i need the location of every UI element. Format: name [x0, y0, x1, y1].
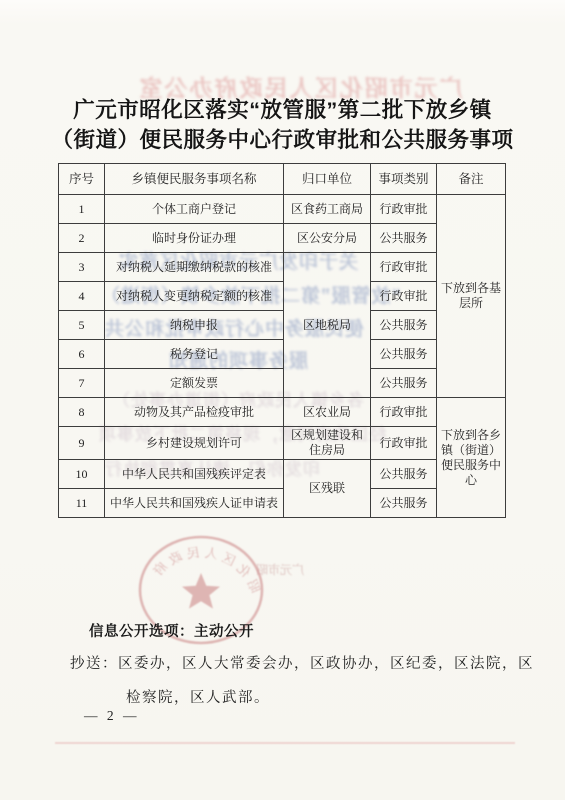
cell-name: 临时身份证办理	[105, 224, 284, 253]
cell-unit: 区食药工商局	[284, 195, 371, 224]
cell-unit: 区公安分局	[284, 224, 371, 253]
cell-unit-merged: 区残联	[284, 460, 371, 518]
cell-name: 动物及其产品检疫审批	[105, 398, 284, 427]
cell-category: 行政审批	[371, 398, 437, 427]
document-title-line1: 广元市昭化区落实“放管服”第二批下放乡镇	[20, 95, 545, 125]
cell-no: 6	[59, 340, 105, 369]
cell-category: 行政审批	[371, 195, 437, 224]
cell-name: 中华人民共和国残疾人证申请表	[105, 489, 284, 518]
cell-name: 乡村建设规划许可	[105, 427, 284, 460]
cell-no: 10	[59, 460, 105, 489]
cell-no: 8	[59, 398, 105, 427]
cell-category: 公共服务	[371, 460, 437, 489]
service-items-table: 序号 乡镇便民服务事项名称 归口单位 事项类别 备注 1 个体工商户登记 区食药…	[58, 163, 506, 518]
cell-unit: 区农业局	[284, 398, 371, 427]
cell-category: 行政审批	[371, 282, 437, 311]
header-remark: 备注	[437, 164, 506, 195]
cell-category: 行政审批	[371, 253, 437, 282]
header-unit: 归口单位	[284, 164, 371, 195]
cell-category: 公共服务	[371, 340, 437, 369]
cell-remark-group1: 下放到各基层所	[437, 195, 506, 398]
cell-category: 行政审批	[371, 427, 437, 460]
header-name: 乡镇便民服务事项名称	[105, 164, 284, 195]
cell-no: 5	[59, 311, 105, 340]
cell-name: 个体工商户登记	[105, 195, 284, 224]
table-header-row: 序号 乡镇便民服务事项名称 归口单位 事项类别 备注	[59, 164, 506, 195]
svg-text:昭化区人民政府: 昭化区人民政府	[147, 545, 263, 596]
cell-category: 公共服务	[371, 311, 437, 340]
cell-category: 公共服务	[371, 369, 437, 398]
cc-list-line2: 检察院，区人武部。	[126, 686, 270, 707]
cell-no: 3	[59, 253, 105, 282]
cell-no: 9	[59, 427, 105, 460]
table-row: 1 个体工商户登记 区食药工商局 行政审批 下放到各基层所	[59, 195, 506, 224]
cell-name: 对纳税人延期缴纳税款的核准	[105, 253, 284, 282]
cell-unit: 区规划建设和住房局	[284, 427, 371, 460]
header-category: 事项类别	[371, 164, 437, 195]
table-row: 8 动物及其产品检疫审批 区农业局 行政审批 下放到各乡镇（街道）便民服务中心	[59, 398, 506, 427]
cell-no: 1	[59, 195, 105, 224]
cell-no: 7	[59, 369, 105, 398]
cell-remark-group2: 下放到各乡镇（街道）便民服务中心	[437, 398, 506, 518]
bleedthrough-tiny-text: 广元市昭	[256, 561, 304, 578]
document-title-line2: （街道）便民服务中心行政审批和公共服务事项	[20, 125, 545, 155]
cell-name: 定额发票	[105, 369, 284, 398]
cell-category: 公共服务	[371, 224, 437, 253]
disclosure-option-text: 信息公开选项：主动公开	[89, 620, 254, 641]
cell-no: 11	[59, 489, 105, 518]
cell-name: 对纳税人变更纳税定额的核准	[105, 282, 284, 311]
cell-no: 4	[59, 282, 105, 311]
header-no: 序号	[59, 164, 105, 195]
document-page: 广元市昭化区人民政府办公室 关于印发广元市昭化区落实 “放管服”第二批下放乡镇（…	[0, 0, 565, 800]
document-title: 广元市昭化区落实“放管服”第二批下放乡镇 （街道）便民服务中心行政审批和公共服务…	[20, 95, 545, 155]
cell-name: 中华人民共和国残疾评定表	[105, 460, 284, 489]
page-number: — 2 —	[84, 708, 140, 724]
cell-no: 2	[59, 224, 105, 253]
cell-name: 纳税申报	[105, 311, 284, 340]
cell-unit-merged: 区地税局	[284, 253, 371, 398]
bleedthrough-rule-line	[55, 742, 515, 744]
cell-category: 公共服务	[371, 489, 437, 518]
cell-name: 税务登记	[105, 340, 284, 369]
cc-list-line1: 抄送：区委办，区人大常委会办，区政协办，区纪委，区法院，区	[70, 652, 534, 673]
